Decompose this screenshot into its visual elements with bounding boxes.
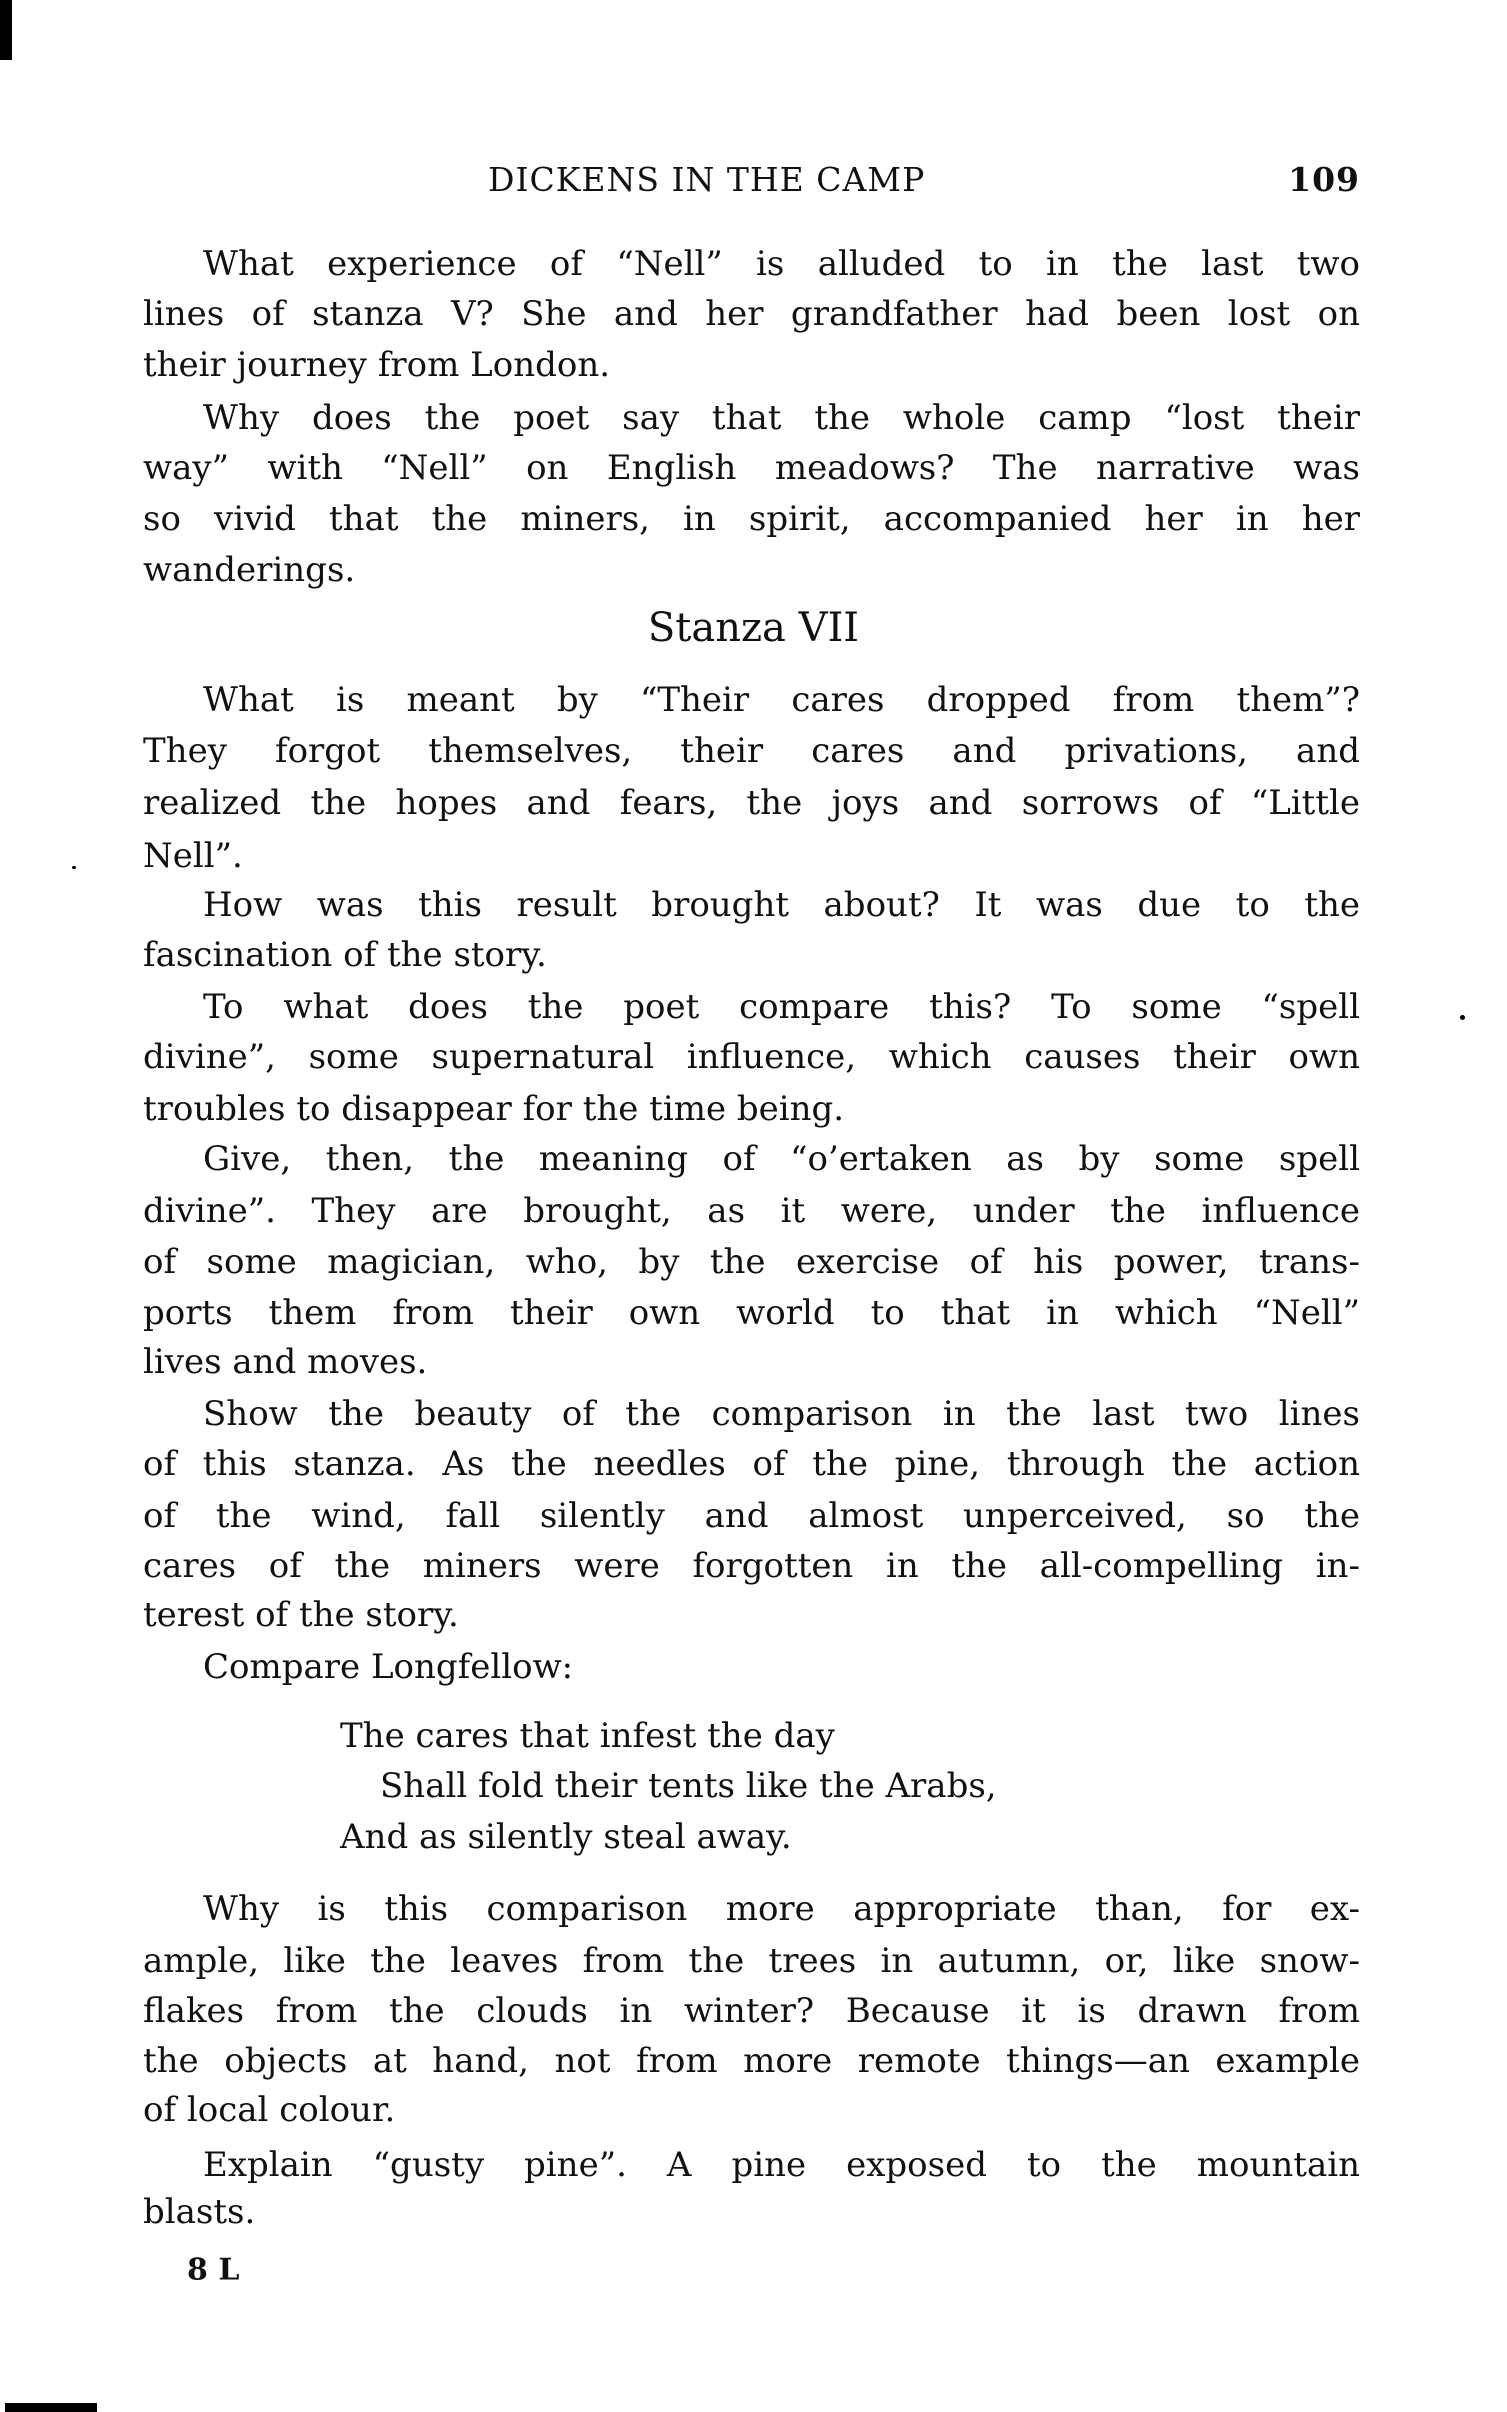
stray-mark [1460, 1015, 1465, 1020]
text-line: the objects at hand, not from more remot… [143, 2041, 1360, 2081]
text-line: ports them from their own world to that … [143, 1293, 1360, 1333]
scan-edge-mark [5, 2403, 97, 2412]
text-line: Why does the poet say that the whole cam… [203, 398, 1360, 438]
text-line: terest of the story. [143, 1595, 1360, 1635]
text-line: What experience of “Nell” is alluded to … [203, 244, 1360, 284]
text-line: troubles to disappear for the time being… [143, 1089, 1360, 1129]
page-number: 109 [1288, 160, 1360, 199]
text-line: Why is this comparison more appropriate … [203, 1889, 1360, 1929]
text-line: so vivid that the miners, in spirit, acc… [143, 499, 1360, 539]
text-line: realized the hopes and fears, the joys a… [143, 783, 1360, 823]
text-line: lives and moves. [143, 1342, 1360, 1382]
poem-line-1: The cares that infest the day [340, 1716, 1507, 1756]
text-line: of the wind, fall silently and almost un… [143, 1496, 1360, 1536]
text-line: ample, like the leaves from the trees in… [143, 1941, 1360, 1981]
text-line: cares of the miners were forgotten in th… [143, 1546, 1360, 1586]
text-line: wanderings. [143, 550, 1360, 590]
text-line: divine”. They are brought, as it were, u… [143, 1191, 1360, 1231]
text-line: lines of stanza V? She and her grandfath… [143, 294, 1360, 334]
text-line: their journey from London. [143, 345, 1360, 385]
poem-line-2: Shall fold their tents like the Arabs, [380, 1766, 1507, 1806]
poem-line-3: And as silently steal away. [340, 1817, 1507, 1857]
scan-edge-mark [0, 0, 12, 60]
text-line: way” with “Nell” on English meadows? The… [143, 448, 1360, 488]
stray-mark [72, 866, 76, 869]
text-line: Explain “gusty pine”. A pine exposed to … [203, 2145, 1360, 2185]
signature-mark: 8 L [187, 2253, 239, 2288]
text-line: fascination of the story. [143, 935, 1360, 975]
text-line: What is meant by “Their cares dropped fr… [203, 680, 1360, 720]
text-line: Show the beauty of the comparison in the… [203, 1394, 1360, 1434]
text-line: Give, then, the meaning of “o’ertaken as… [203, 1139, 1360, 1179]
text-line: blasts. [143, 2192, 1360, 2232]
text-line: of some magician, who, by the exercise o… [143, 1242, 1360, 1282]
section-heading: Stanza VII [0, 605, 1507, 651]
text-line: of local colour. [143, 2090, 1360, 2130]
text-line: of this stanza. As the needles of the pi… [143, 1444, 1360, 1484]
text-line: Nell”. [143, 836, 1360, 876]
text-line: Compare Longfellow: [203, 1647, 1360, 1687]
text-line: To what does the poet compare this? To s… [203, 987, 1360, 1027]
running-title: DICKENS IN THE CAMP [488, 160, 925, 199]
text-line: flakes from the clouds in winter? Becaus… [143, 1991, 1360, 2031]
text-line: They forgot themselves, their cares and … [143, 731, 1360, 771]
text-line: divine”, some supernatural influence, wh… [143, 1037, 1360, 1077]
text-line: How was this result brought about? It wa… [203, 885, 1360, 925]
